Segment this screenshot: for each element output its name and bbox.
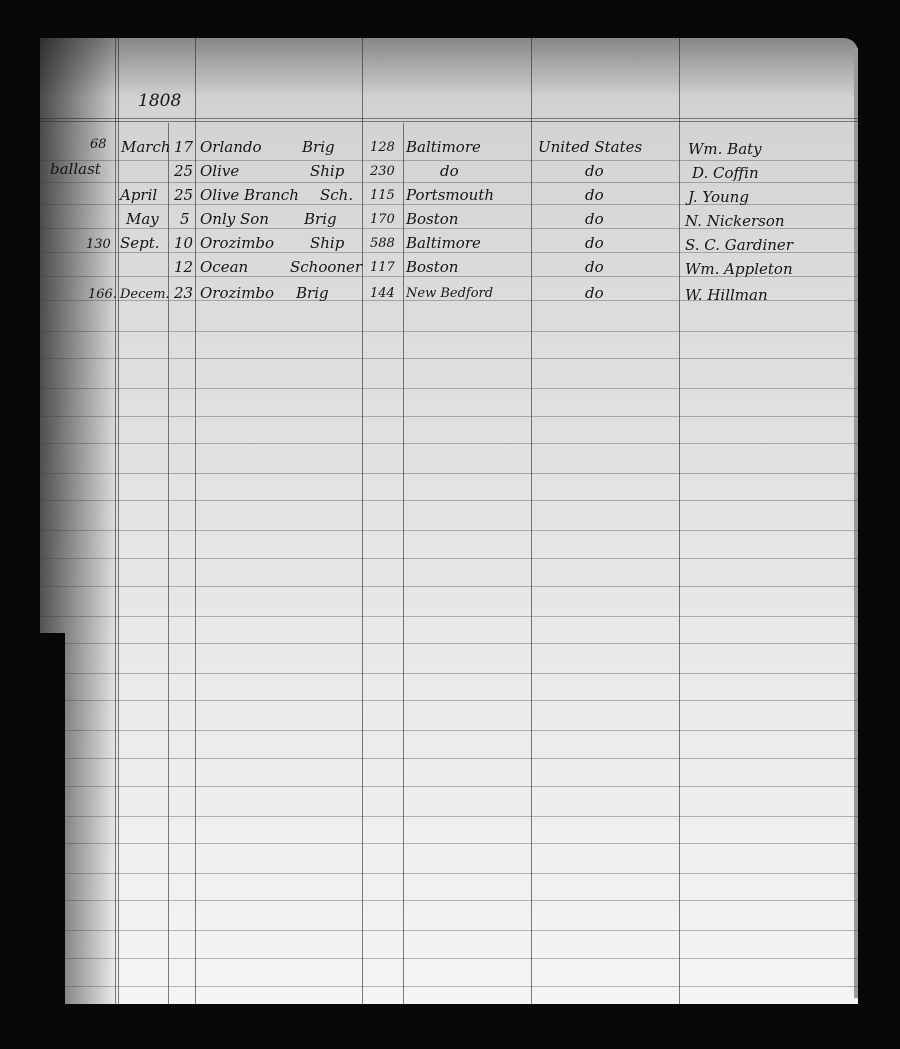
row-port: Boston (406, 258, 458, 276)
row-line (40, 160, 858, 161)
page-notch-shadow (40, 633, 65, 1043)
row-vessel-type: Sch. (320, 186, 353, 204)
row-line (40, 958, 858, 959)
row-line (40, 700, 858, 701)
row-line (40, 331, 858, 332)
column-line (403, 123, 404, 1004)
row-nation: do (585, 210, 604, 228)
row-line (40, 758, 858, 759)
row-tons: 144 (370, 285, 395, 303)
row-nation: do (585, 186, 604, 204)
row-tons: 115 (370, 187, 395, 205)
top-shadow (40, 38, 858, 98)
row-vessel: Orozimbo (200, 284, 274, 302)
ledger-page: 1808 68 March 17 Orlando Brig 128 Baltim… (40, 38, 858, 1004)
row-port: do (440, 162, 459, 180)
row-month: Sept. (120, 234, 160, 252)
row-master: Wm. Appleton (685, 260, 793, 278)
row-master: S. C. Gardiner (685, 236, 793, 254)
row-vessel-type: Brig (302, 138, 335, 156)
row-line (40, 530, 858, 531)
row-vessel-type: Ship (310, 162, 344, 180)
row-line (40, 816, 858, 817)
row-port: New Bedford (406, 285, 493, 303)
row-nation: United States (538, 138, 642, 156)
row-day: 25 (174, 162, 193, 180)
row-line (40, 358, 858, 359)
row-line (40, 416, 858, 417)
row-master: D. Coffin (692, 164, 759, 182)
row-vessel-type: Brig (304, 210, 337, 228)
row-remark: 166. (88, 286, 117, 304)
row-line (40, 643, 858, 644)
row-line (40, 473, 858, 474)
row-line (40, 558, 858, 559)
row-port: Baltimore (406, 234, 481, 252)
row-line (40, 443, 858, 444)
row-line (40, 843, 858, 844)
row-master: N. Nickerson (685, 212, 785, 230)
row-day: 25 (174, 186, 193, 204)
row-vessel: Olive Branch (200, 186, 299, 204)
row-line (40, 730, 858, 731)
column-line (168, 123, 169, 1004)
row-vessel-type: Schooner (290, 258, 362, 276)
row-tons: 230 (370, 163, 395, 181)
year-heading: 1808 (138, 92, 181, 110)
row-master: Wm. Baty (688, 140, 762, 158)
row-tons: 128 (370, 139, 395, 157)
row-vessel-type: Brig (296, 284, 329, 302)
row-line (40, 986, 858, 987)
row-line (40, 873, 858, 874)
row-line (40, 500, 858, 501)
row-vessel: Only Son (200, 210, 269, 228)
row-line (40, 616, 858, 617)
row-nation: do (585, 258, 604, 276)
row-tons: 117 (370, 259, 395, 277)
row-month: May (126, 210, 159, 228)
row-day: 5 (180, 210, 190, 228)
row-tons: 170 (370, 211, 395, 229)
row-vessel: Orlando (200, 138, 262, 156)
row-line (40, 673, 858, 674)
row-master: J. Young (688, 188, 749, 206)
row-master: W. Hillman (685, 286, 768, 304)
row-line (40, 786, 858, 787)
header-line (40, 121, 858, 122)
row-vessel: Ocean (200, 258, 248, 276)
row-remark: ballast (50, 160, 101, 178)
row-vessel: Orozimbo (200, 234, 274, 252)
row-port: Boston (406, 210, 458, 228)
row-remark: 130 (86, 236, 111, 254)
row-line (40, 930, 858, 931)
row-month: April (120, 186, 157, 204)
row-port: Baltimore (406, 138, 481, 156)
row-tons: 588 (370, 235, 395, 253)
row-line (40, 388, 858, 389)
row-month: Decem. (120, 286, 170, 304)
header-line (40, 118, 858, 119)
row-nation: do (585, 234, 604, 252)
row-vessel-type: Ship (310, 234, 344, 252)
row-day: 10 (174, 234, 193, 252)
row-nation: do (585, 162, 604, 180)
page-edge (854, 48, 858, 998)
row-vessel: Olive (200, 162, 239, 180)
row-line (40, 586, 858, 587)
row-line (40, 182, 858, 183)
row-day: 23 (174, 284, 193, 302)
row-nation: do (585, 284, 604, 302)
row-port: Portsmouth (406, 186, 494, 204)
row-remark: 68 (90, 136, 107, 154)
row-day: 12 (174, 258, 193, 276)
row-line (40, 900, 858, 901)
row-month: March (121, 138, 171, 156)
row-day: 17 (174, 138, 193, 156)
